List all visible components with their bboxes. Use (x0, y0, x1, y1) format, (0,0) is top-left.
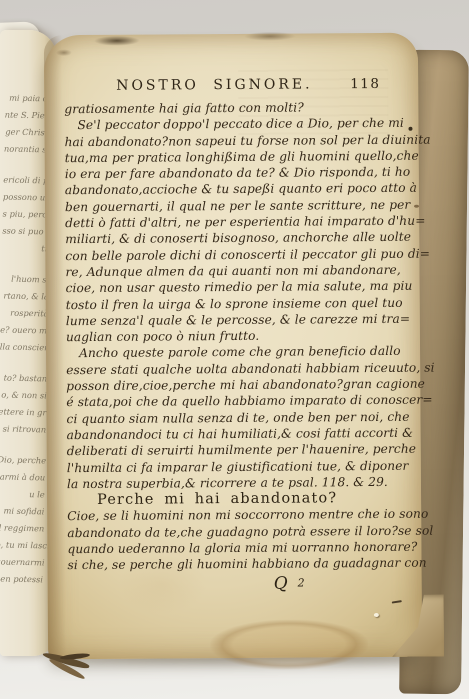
text-line: lume senza'l quale & le percosse, & le c… (66, 311, 410, 330)
page-number: 118 (350, 76, 380, 92)
facing-page-text-fragment: o, & non si (0, 386, 47, 404)
facing-page-text-fragment: s piu, perche (2, 205, 50, 223)
gutter-shadow (44, 35, 66, 659)
signature-mark: Q2 (274, 574, 305, 594)
paper-flaw (374, 613, 379, 617)
facing-page-text-fragment: possono usar (3, 188, 51, 206)
running-header: NOSTRO SIGNORE. 118 (44, 76, 418, 97)
stain (210, 619, 368, 670)
facing-page-text-fragment: ettere in gra (0, 403, 47, 421)
facing-page-text-fragment: to? bastan (0, 369, 47, 387)
running-title: NOSTRO SIGNORE. (116, 76, 312, 93)
stain (244, 32, 296, 41)
text-line: miliarti, & di conoserti bisognoso, anch… (65, 229, 409, 248)
facing-page-text-fragment: u le (0, 485, 45, 503)
stain (94, 36, 140, 46)
text-line: la nostra superbia,& ricorrere a te psal… (67, 474, 411, 493)
ink-mark (392, 600, 402, 603)
facing-page-text-fragment: armi à dou (0, 468, 45, 486)
signature-number: 2 (298, 577, 305, 590)
text-line: cioe, non usar questo rimedio per la mia… (66, 278, 410, 297)
facing-page-text-fragment: mi sofidai (0, 502, 45, 520)
facing-page-text-fragment: rosperità (0, 304, 48, 322)
facing-page-text-fragment: Dio, perche (0, 451, 46, 469)
facing-page-text-fragment: sso si puo dr (2, 222, 50, 240)
book-photo: mi paia dante S. Pietroger Chriso,norant… (0, 0, 469, 699)
facing-page-text-fragment: il reggimen (0, 519, 44, 537)
facing-page-text-fragment: si ritrovan (0, 420, 46, 438)
foxing-spot (414, 205, 419, 208)
page-corner-fold (392, 595, 444, 657)
book-page: NOSTRO SIGNORE. 118 gratiosamente hai gi… (44, 33, 422, 660)
facing-page-text-fragment: rtano, & la (1, 287, 49, 305)
foxing-spot (408, 127, 412, 131)
facing-page-text-fragment: o, tu mi lasci (0, 536, 44, 554)
facing-page-text-fragment: l'huom si (1, 270, 49, 288)
facing-page-text-fragment: ti. (2, 239, 50, 257)
text-line: Se'l peccator doppo'l peccato dice a Dio… (64, 115, 408, 134)
text-line: Cioe, se li huomini non mi soccorrono me… (67, 506, 411, 525)
page-text: gratiosamente hai gia fatto con molti?Se… (64, 99, 411, 574)
facing-page-text-fragment: e? ouero mi (0, 321, 48, 339)
text-line: deliberati di seruirti humilmente per l'… (67, 441, 411, 460)
text-line: si che, se perche gli huomini habbiano d… (67, 555, 411, 574)
stain (56, 49, 72, 56)
text-line: é stata,poi che da quello habbiamo impar… (66, 392, 410, 411)
signature-letter: Q (274, 574, 288, 594)
facing-page-text-fragment: lla conscien (0, 338, 48, 356)
facing-page-text-fragment: gouernarmi (0, 553, 43, 571)
facing-page-text-fragment: ben potessi (0, 570, 43, 588)
